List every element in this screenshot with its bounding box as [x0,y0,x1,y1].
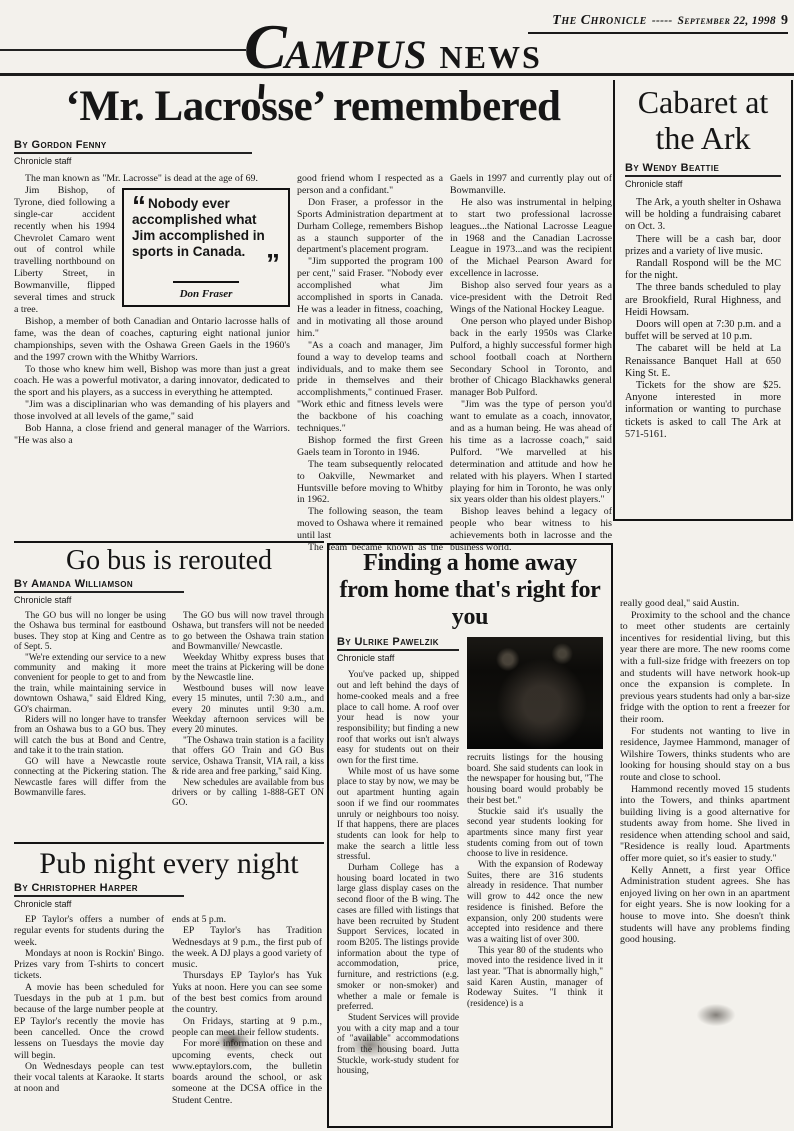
byline: By Gordon Fenny [14,139,252,154]
paragraph: The GO bus will now travel through Oshaw… [172,610,324,652]
byline-role: Chronicle staff [14,595,324,605]
paragraph: "Jim was the type of person you'd want t… [450,399,612,506]
paragraph: For more information on these and upcomi… [172,1038,322,1106]
paragraph: The GO bus will no longer be using the O… [14,610,166,652]
paragraph: Tickets for the show are $25. Anyone int… [625,380,781,441]
paragraph: Randall Rospond will be the MC for the n… [625,258,781,282]
paragraph: EP Taylor's has Tradition Wednesdays at … [172,925,322,970]
paragraph: really good deal," said Austin. [620,598,790,610]
paragraph: To those who knew him well, Bishop was m… [14,364,290,400]
pull-quote: “Nobody ever accomplished what Jim accom… [122,188,290,307]
article-headline: ‘Mr. Lacrosse’ remembered [14,84,612,130]
paragraph: New schedules are available from bus dri… [172,777,324,808]
paragraph: For students not wanting to live in resi… [620,726,790,784]
article-column: The GO bus will no longer be using the O… [14,610,166,808]
paragraph: Bishop, a member of both Canadian and On… [14,316,290,364]
paragraph: ends at 5 p.m. [172,914,322,925]
paragraph: One person who played under Bishop back … [450,316,612,399]
paragraph: Thursdays EP Taylor's has Yuk Yuks at no… [172,970,322,1015]
paragraph: You've packed up, shipped out and left b… [337,670,459,766]
paragraph: recruits listings for the housing board.… [467,753,603,807]
paragraph: Bob Hanna, a close friend and general ma… [14,423,290,447]
article-go-bus-rerouted: Go bus is rerouted By Amanda Williamson … [14,541,324,840]
paragraph: The cabaret will be held at La Renaissan… [625,343,781,380]
paragraph: On Fridays, starting at 9 p.m., people c… [172,1016,322,1039]
paragraph: Bishop also served four years as a vice-… [450,280,612,316]
paragraph: "The Oshawa train station is a facility … [172,735,324,777]
article-headline: Go bus is rerouted [14,545,324,576]
article-headline: Cabaret at the Ark [625,84,781,156]
paragraph: Student Services will provide you with a… [337,1013,459,1077]
article-column: By Ulrike Pawelzik Chronicle staff You'v… [337,637,459,1077]
byline-role: Chronicle staff [625,179,781,189]
byline-role: Chronicle staff [14,156,612,166]
paragraph: While most of us have some place to stay… [337,767,459,863]
article-cabaret-at-the-ark: Cabaret at the Ark By Wendy Beattie Chro… [613,80,793,521]
paragraph: Riders will no longer have to transfer f… [14,714,166,756]
paragraph: EP Taylor's offers a number of regular e… [14,914,164,948]
paragraph: Westbound buses will now leave every 15 … [172,683,324,735]
paragraph: The man known as "Mr. Lacrosse" is dead … [14,173,290,185]
paragraph: The team subsequently relocated to Oakvi… [297,459,443,507]
page-number: 9 [781,13,788,29]
article-pub-night: Pub night every night By Christopher Har… [14,842,324,1128]
article-column: recruits listings for the housing board.… [467,637,603,1077]
byline: By Amanda Williamson [14,578,184,593]
paragraph: "We're extending our service to a new co… [14,652,166,714]
masthead-word2: NEWS [440,28,542,86]
article-column: The GO bus will now travel through Oshaw… [172,610,324,808]
paragraph: A movie has been scheduled for Tuesdays … [14,982,164,1061]
article-column: The man known as "Mr. Lacrosse" is dead … [14,173,290,555]
pull-quote-rule [173,281,239,283]
article-column: EP Taylor's offers a number of regular e… [14,914,164,1106]
article-column-continuation: really good deal," said Austin.Proximity… [620,598,790,1120]
paragraph: This year 80 of the students who moved i… [467,946,603,1010]
article-column: good friend whom I respected as a person… [297,173,443,555]
paragraph: Mondays at noon is Rockin' Bingo. Prizes… [14,948,164,982]
paragraph: He also was instrumental in helping to s… [450,197,612,280]
paragraph: Proximity to the school and the chance t… [620,610,790,726]
paragraph: "Jim was a disciplinarian who was demand… [14,399,290,423]
byline: By Christopher Harper [14,882,184,897]
article-headline: Pub night every night [14,847,324,880]
newspaper-page: The Chronicle ----- September 22, 1998 9… [0,0,794,1131]
paper-name: The Chronicle [552,13,647,29]
article-column: ends at 5 p.m.EP Taylor's has Tradition … [172,914,322,1106]
paragraph: GO will have a Newcastle route connectin… [14,756,166,798]
paragraph: Durham College has a housing board locat… [337,863,459,1013]
paragraph: The three bands scheduled to play are Br… [625,282,781,319]
pull-quote-text: “Nobody ever accomplished what Jim accom… [132,196,280,260]
paragraph: On Wednesdays people can test their voca… [14,1061,164,1095]
byline-role: Chronicle staff [14,899,324,909]
paragraph: Weekday Whitby express buses that meet t… [172,652,324,683]
masthead-word1: AMPUS [285,26,428,84]
article-finding-a-home: Finding a home away from home that's rig… [327,543,613,1128]
section-masthead: C AMPUS NEWS [244,18,542,86]
paragraph: good friend whom I respected as a person… [297,173,443,197]
article-headline: Finding a home away from home that's rig… [337,550,603,631]
pull-quote-attribution: Don Fraser [132,288,280,302]
paragraph: The Ark, a youth shelter in Oshawa will … [625,197,781,234]
paragraph: With the expansion of Rodeway Suites, th… [467,860,603,946]
byline-role: Chronicle staff [337,653,459,664]
header-separator: ----- [652,15,673,27]
page-header: The Chronicle ----- September 22, 1998 9 [528,13,788,34]
paragraph: "Jim supported the program 100 per cent,… [297,256,443,339]
article-column: Gaels in 1997 and currently play out of … [450,173,612,555]
issue-date: September 22, 1998 [678,15,777,27]
paragraph: The following season, the team moved to … [297,506,443,542]
paragraph: Doors will open at 7:30 p.m. and a buffe… [625,319,781,343]
paragraph: There will be a cash bar, door prizes an… [625,234,781,258]
paragraph: Hammond recently moved 15 students into … [620,784,790,865]
paragraph: Stuckie said it's usually the second yea… [467,807,603,861]
byline: By Ulrike Pawelzik [337,637,459,651]
housing-article-photo [467,637,603,749]
paragraph: Bishop formed the first Green Gaels team… [297,435,443,459]
paragraph: Gaels in 1997 and currently play out of … [450,173,612,197]
paragraph: "As a coach and manager, Jim found a way… [297,340,443,435]
close-quote-mark: ” [132,260,280,272]
article-column: The Ark, a youth shelter in Oshawa will … [625,197,781,441]
article-mr-lacrosse: ‘Mr. Lacrosse’ remembered By Gordon Fenn… [14,84,612,555]
paragraph: Don Fraser, a professor in the Sports Ad… [297,197,443,257]
masthead-rule-left [0,49,246,51]
byline: By Wendy Beattie [625,162,781,177]
masthead-initial: C [244,18,287,76]
paragraph: Kelly Annett, a first year Office Admini… [620,865,790,946]
